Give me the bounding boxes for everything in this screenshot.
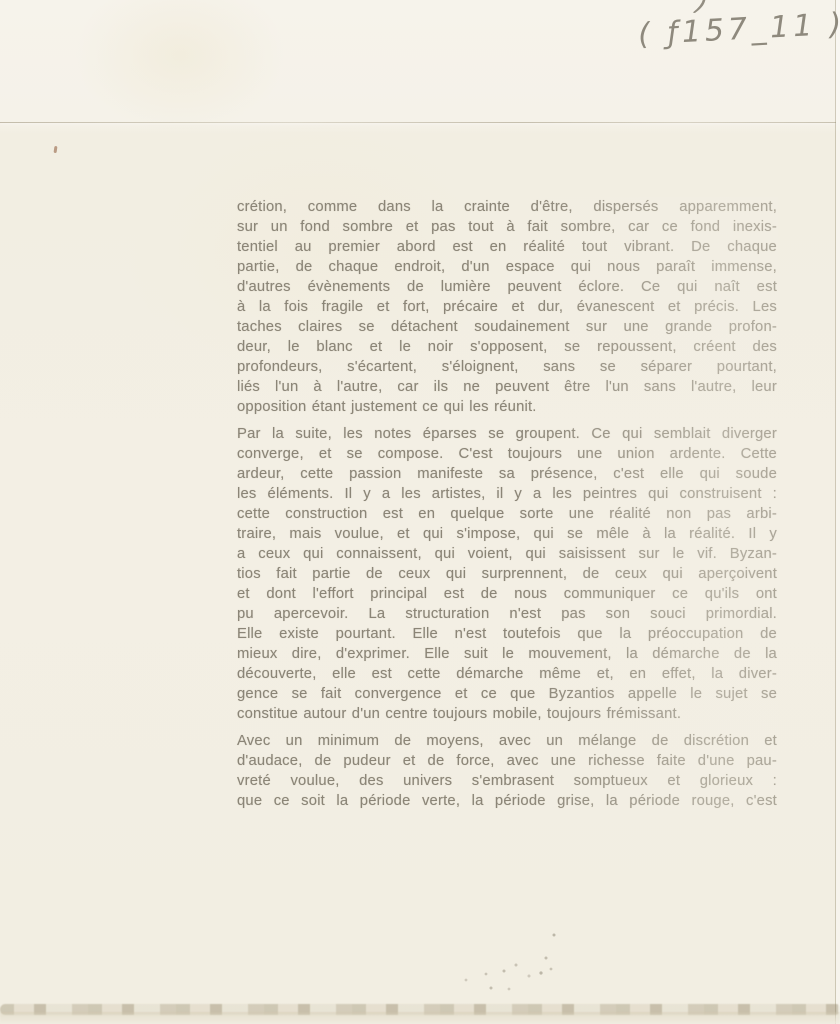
text-line: tios fait partie de ceux qui surprennent…: [237, 564, 777, 584]
text-line: traire, mais voulue, et qui s'impose, qu…: [237, 524, 777, 544]
text-line: opposition étant justement ce qui les ré…: [237, 397, 777, 417]
text-line: partie, de chaque endroit, d'un espace q…: [237, 257, 777, 277]
text-line: crétion, comme dans la crainte d'être, d…: [237, 197, 777, 217]
text-line: a ceux qui connaissent, qui voient, qui …: [237, 544, 777, 564]
text-line: tentiel au premier abord est en réalité …: [237, 237, 777, 257]
text-line: les éléments. Il y a les artistes, il y …: [237, 484, 777, 504]
scanned-page: ) ( ƒ157_11 ) crétion, comme dans la cra…: [0, 0, 840, 1024]
text-line: profondeurs, s'écartent, s'éloignent, sa…: [237, 357, 777, 377]
paper-speckles: [0, 0, 2, 2]
paragraph: crétion, comme dans la crainte d'être, d…: [237, 197, 777, 417]
text-line: Elle existe pourtant. Elle n'est toutefo…: [237, 624, 777, 644]
paper-crease-line: [0, 122, 836, 123]
scan-bottom-edge-soft: [0, 1012, 840, 1024]
paper-right-edge-highlight: [836, 0, 840, 1024]
text-line: mieux dire, d'exprimer. Elle suit le mou…: [237, 644, 777, 664]
paragraph: Avec un minimum de moyens, avec un mélan…: [237, 731, 777, 811]
handwritten-annotation: ( ƒ157_11 ): [637, 7, 840, 53]
text-line: que ce soit la période verte, la période…: [237, 791, 777, 811]
text-line: ardeur, cette passion manifeste sa prése…: [237, 464, 777, 484]
ink-speck: [54, 146, 57, 153]
text-line: gence se fait convergence et ce que Byza…: [237, 684, 777, 704]
text-line: à la fois fragile et fort, précaire et d…: [237, 297, 777, 317]
text-line: taches claires se détachent soudainement…: [237, 317, 777, 337]
text-line: Avec un minimum de moyens, avec un mélan…: [237, 731, 777, 751]
text-line: cette construction est en quelque sorte …: [237, 504, 777, 524]
text-line: pu apercevoir. La structuration n'est pa…: [237, 604, 777, 624]
paragraph: Par la suite, les notes éparses se group…: [237, 424, 777, 724]
text-line: Par la suite, les notes éparses se group…: [237, 424, 777, 444]
text-line: vreté voulue, des univers s'embrasent so…: [237, 771, 777, 791]
text-line: d'autres évènements de lumière peuvent é…: [237, 277, 777, 297]
text-line: constitue autour d'un centre toujours mo…: [237, 704, 777, 724]
text-line: sur un fond sombre et pas tout à fait so…: [237, 217, 777, 237]
text-line: deur, le blanc et le noir s'opposent, se…: [237, 337, 777, 357]
text-line: et dont l'effort principal est de nous c…: [237, 584, 777, 604]
text-line: converge, et se compose. C'est toujours …: [237, 444, 777, 464]
text-line: liés l'un à l'autre, car ils ne peuvent …: [237, 377, 777, 397]
typewritten-text: crétion, comme dans la crainte d'être, d…: [237, 197, 777, 818]
text-line: découverte, elle est cette démarche même…: [237, 664, 777, 684]
text-line: d'audace, de pudeur et de force, avec un…: [237, 751, 777, 771]
